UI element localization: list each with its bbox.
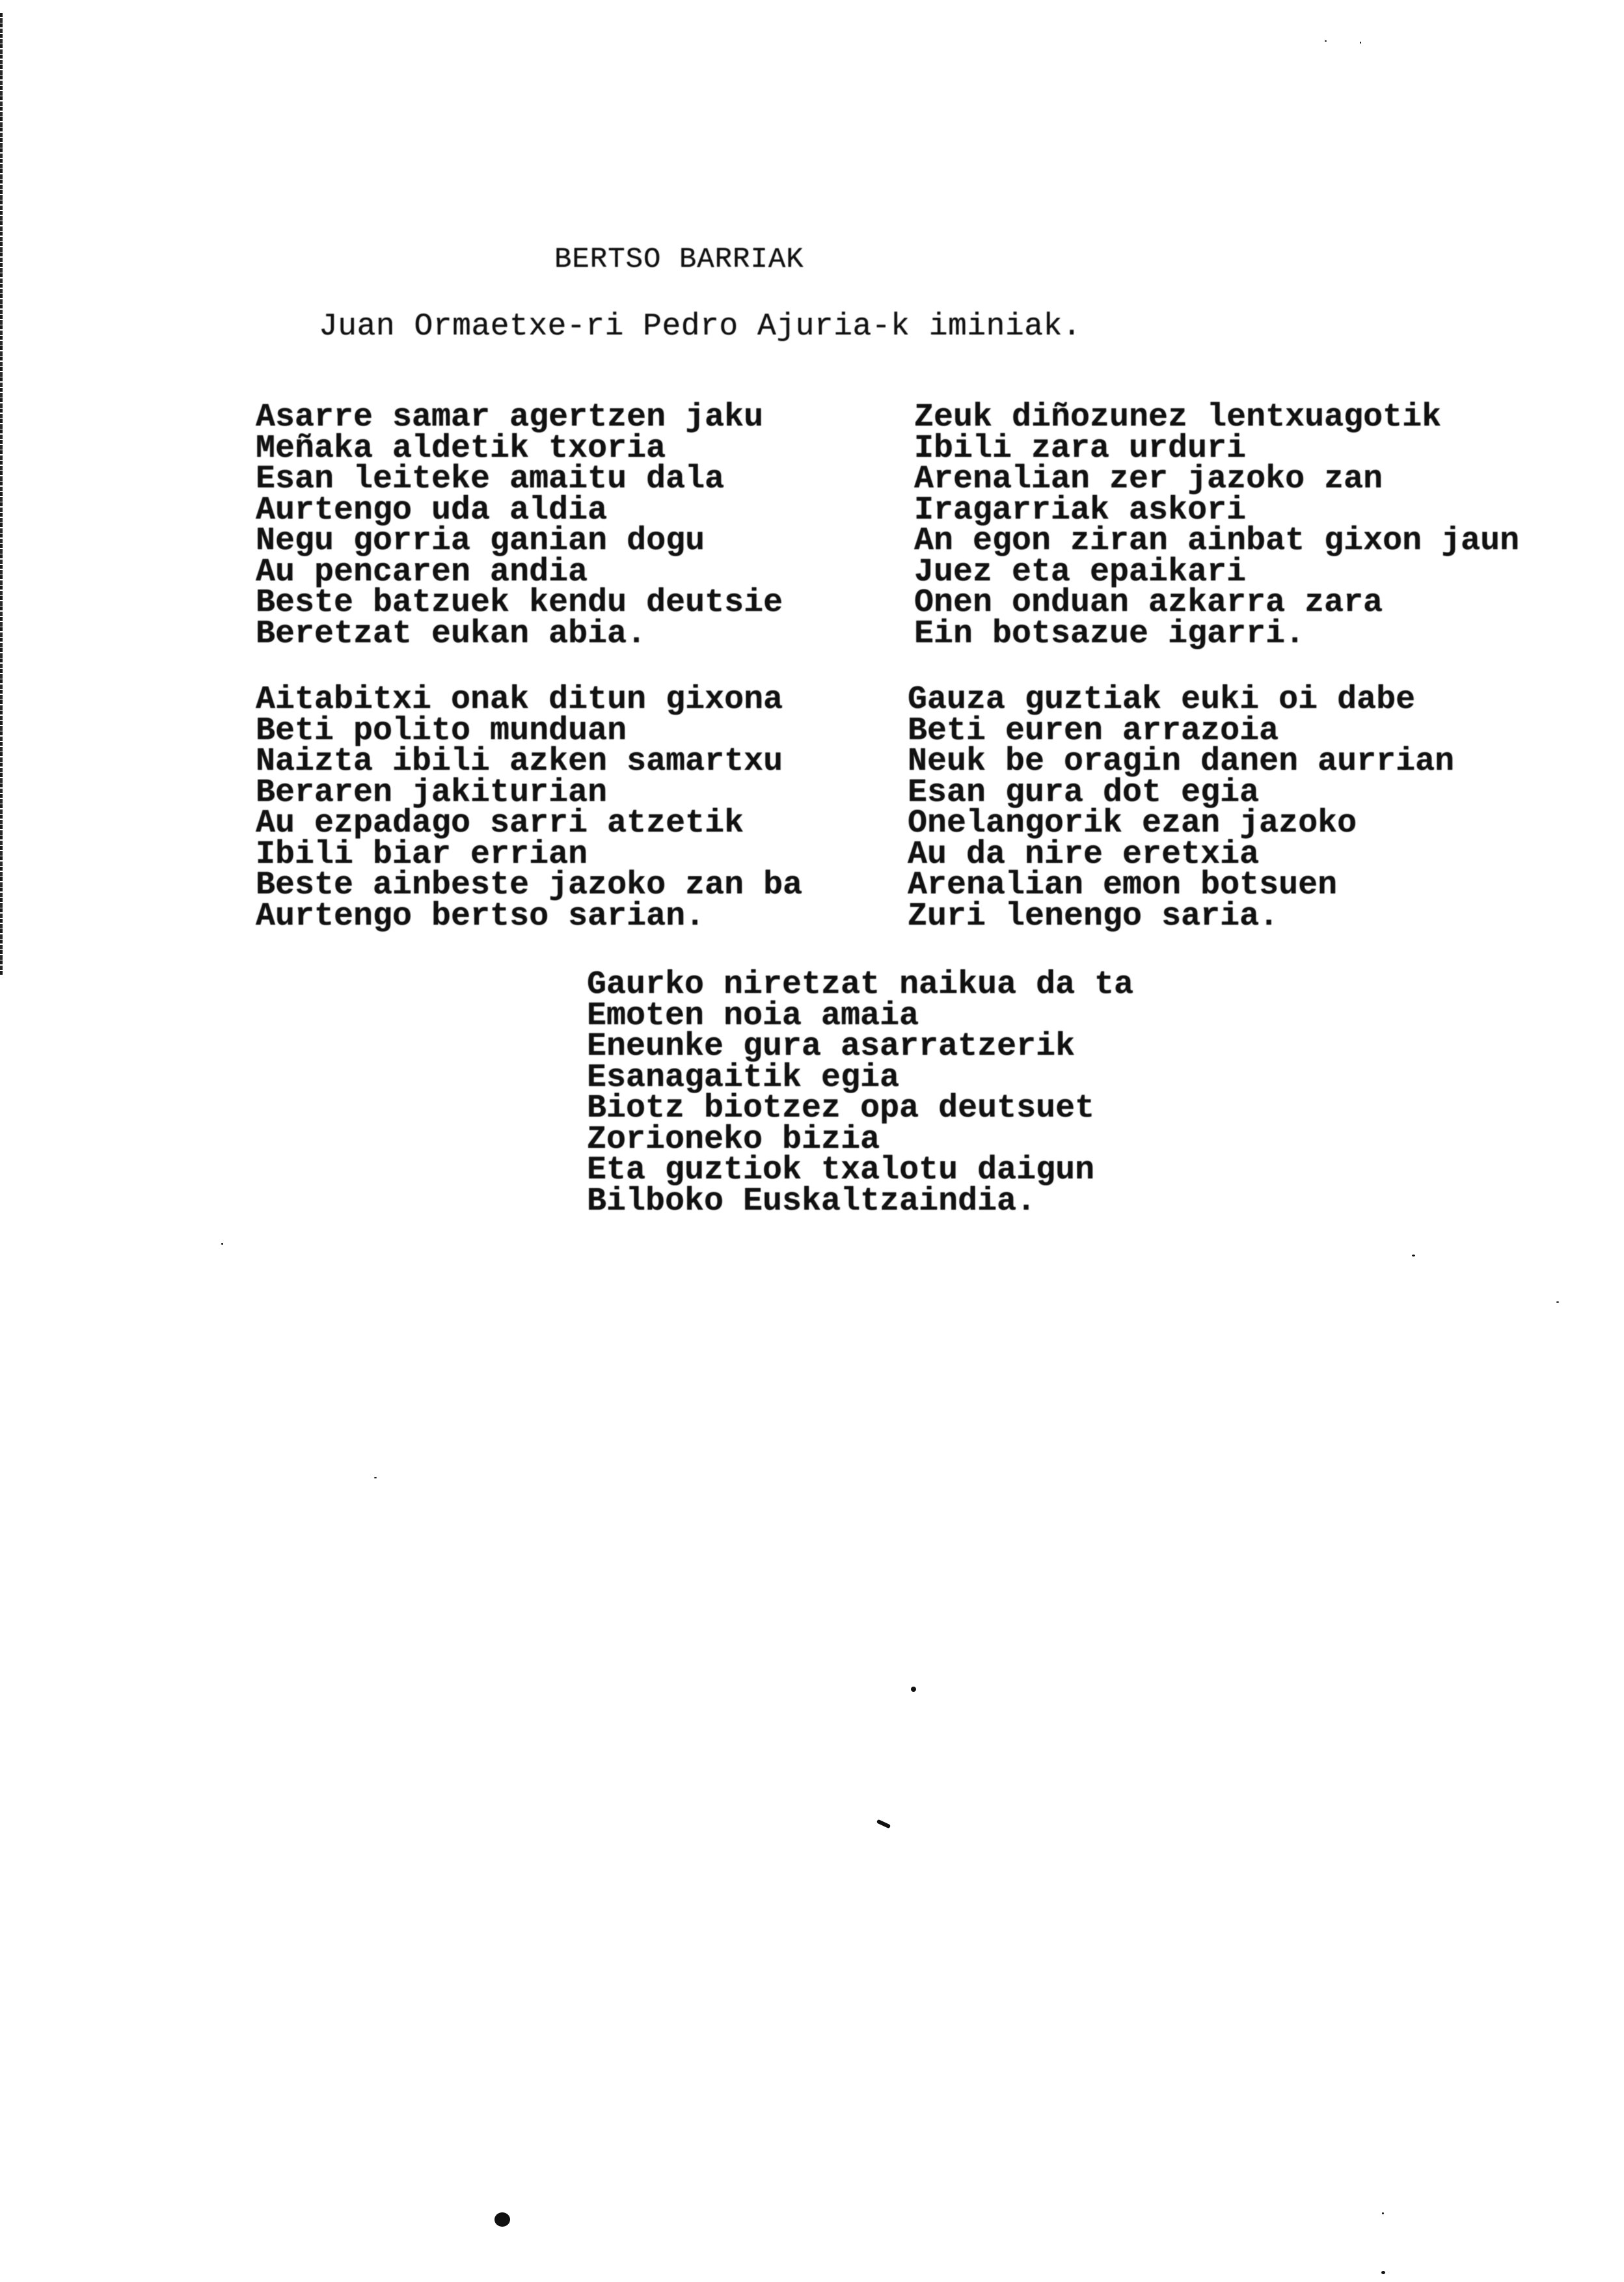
verse-line: Meñaka aldetik txoria xyxy=(256,433,783,465)
ink-speck xyxy=(911,1687,916,1692)
verse-line: Beretzat eukan abia. xyxy=(256,619,783,650)
verse-line: Gaurko niretzat naikua da ta xyxy=(587,970,1133,1001)
verse-line: Eta guztiok txalotu daigun xyxy=(587,1155,1133,1186)
verse-line: Eneunke gura asarratzerik xyxy=(587,1031,1133,1063)
verse-line: Arenalian emon botsuen xyxy=(908,870,1454,901)
verse-line: Iragarriak askori xyxy=(914,495,1519,526)
ink-speck xyxy=(1325,40,1327,42)
verse-line: Esan gura dot egia xyxy=(908,778,1454,809)
verse-line: Onelangorik ezan jazoko xyxy=(908,808,1454,839)
verse-line: Beste batzuek kendu deutsie xyxy=(256,588,783,619)
ink-speck xyxy=(221,1243,223,1245)
ink-speck xyxy=(1381,2271,1385,2274)
verse-line: Beraren jakiturian xyxy=(256,778,802,809)
verse-line: Au da nire eretxia xyxy=(908,839,1454,871)
scan-edge-artifact xyxy=(0,13,3,976)
verse-line: Au pencaren andia xyxy=(256,557,783,588)
verse-line: Juez eta epaikari xyxy=(914,557,1519,588)
stanza-5: Gaurko niretzat naikua da ta Emoten noia… xyxy=(587,970,1133,1217)
ink-speck xyxy=(1382,2212,1384,2214)
verse-line: Ibili biar errian xyxy=(256,839,802,871)
verse-line: Beti euren arrazoia xyxy=(908,716,1454,747)
ink-speck xyxy=(1412,1255,1415,1256)
verse-line: Aurtengo uda aldia xyxy=(256,495,783,526)
verse-line: Naizta ibili azken samartxu xyxy=(256,746,802,778)
scanned-page: BERTSO BARRIAK Juan Ormaetxe-ri Pedro Aj… xyxy=(0,0,1624,2282)
verse-line: Neuk be oragin danen aurrian xyxy=(908,746,1454,778)
verse-line: Aurtengo bertso sarian. xyxy=(256,901,802,932)
stanza-2: Aitabitxi onak ditun gixona Beti polito … xyxy=(256,685,802,932)
ink-speck xyxy=(876,1819,891,1829)
verse-line: Onen onduan azkarra zara xyxy=(914,588,1519,619)
verse-line: Ibili zara urduri xyxy=(914,433,1519,465)
stanza-1: Asarre samar agertzen jaku Meñaka aldeti… xyxy=(256,402,783,649)
verse-line: Arenalian zer jazoko zan xyxy=(914,464,1519,495)
verse-line: Biotz biotzez opa deutsuet xyxy=(587,1093,1133,1124)
verse-line: Emoten noia amaia xyxy=(587,1001,1133,1032)
stanza-4: Gauza guztiak euki oi dabe Beti euren ar… xyxy=(908,685,1454,932)
verse-line: Beste ainbeste jazoko zan ba xyxy=(256,870,802,901)
verse-line: Zeuk diñozunez lentxuagotik xyxy=(914,402,1519,433)
stanza-3: Zeuk diñozunez lentxuagotik Ibili zara u… xyxy=(914,402,1519,649)
verse-line: Asarre samar agertzen jaku xyxy=(256,402,783,433)
document-subtitle: Juan Ormaetxe-ri Pedro Ajuria-k iminiak. xyxy=(319,311,1081,342)
verse-line: Gauza guztiak euki oi dabe xyxy=(908,685,1454,716)
verse-line: Ein botsazue igarri. xyxy=(914,619,1519,650)
verse-line: An egon ziran ainbat gixon jaun xyxy=(914,526,1519,557)
verse-line: Esan leiteke amaitu dala xyxy=(256,464,783,495)
document-title: BERTSO BARRIAK xyxy=(554,244,804,275)
verse-line: Zuri lenengo saria. xyxy=(908,901,1454,932)
ink-speck xyxy=(1556,1301,1559,1303)
ink-speck xyxy=(374,1477,377,1478)
ink-speck xyxy=(494,2212,510,2227)
verse-line: Aitabitxi onak ditun gixona xyxy=(256,685,802,716)
ink-speck xyxy=(1360,42,1361,44)
verse-line: Esanagaitik egia xyxy=(587,1063,1133,1094)
verse-line: Au ezpadago sarri atzetik xyxy=(256,808,802,839)
verse-line: Bilboko Euskaltzaindia. xyxy=(587,1186,1133,1217)
verse-line: Negu gorria ganian dogu xyxy=(256,526,783,557)
verse-line: Beti polito munduan xyxy=(256,716,802,747)
verse-line: Zorioneko bizia xyxy=(587,1124,1133,1156)
